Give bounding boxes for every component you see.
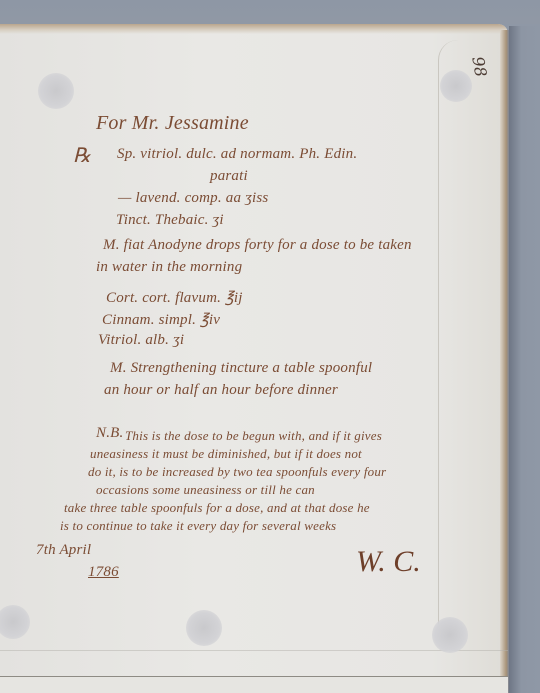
page-right-edge [500,30,509,693]
signature: W. C. [356,545,421,579]
backdrop [0,0,540,24]
note-line: occasions some uneasiness or till he can [96,482,315,498]
recipe-line: Cinnam. simpl. ℥iv [102,310,220,329]
note-line: take three table spoonfuls for a dose, a… [64,500,370,516]
sewing-hole-mark [186,610,222,646]
recipe-line: Vitriol. alb. ʒi [98,332,184,349]
recipe-line: an hour or half an hour before dinner [104,382,338,399]
binding-shadow [509,26,540,693]
water-stain [438,40,479,650]
manuscript-page [0,24,508,693]
sewing-hole-mark [440,70,472,102]
note-line: is to continue to take it every day for … [60,518,336,534]
page-crease [0,650,508,651]
header-line: For Mr. Jessamine [96,112,249,135]
date-day-month: 7th April [36,542,91,559]
prescription-line: Tinct. Thebaic. ʒi [116,212,224,229]
date-year: 1786 [88,564,119,581]
note-line: uneasiness it must be diminished, but if… [90,446,362,462]
note-line: This is the dose to be begun with, and i… [125,428,382,444]
prescription-line: parati [210,168,248,185]
recipe-line: M. Strengthening tincture a table spoonf… [110,360,372,377]
prescription-line: in water in the morning [96,259,242,276]
prescription-line: M. fiat Anodyne drops forty for a dose t… [103,237,412,254]
page-top-edge [0,24,508,34]
note-marker: N.B. [96,425,123,442]
sewing-hole-mark [432,617,468,653]
note-line: do it, is to be increased by two tea spo… [88,464,386,480]
prescription-line: Sp. vitriol. dulc. ad normam. Ph. Edin. [117,146,357,163]
prescription-line: — lavend. comp. aa ʒiss [118,190,268,207]
recipe-symbol: ℞ [73,143,91,168]
next-leaf-edge [0,676,508,693]
sewing-hole-mark [38,73,74,109]
recipe-line: Cort. cort. flavum. ℥ij [106,288,243,307]
folio-number: 98 [468,55,490,78]
